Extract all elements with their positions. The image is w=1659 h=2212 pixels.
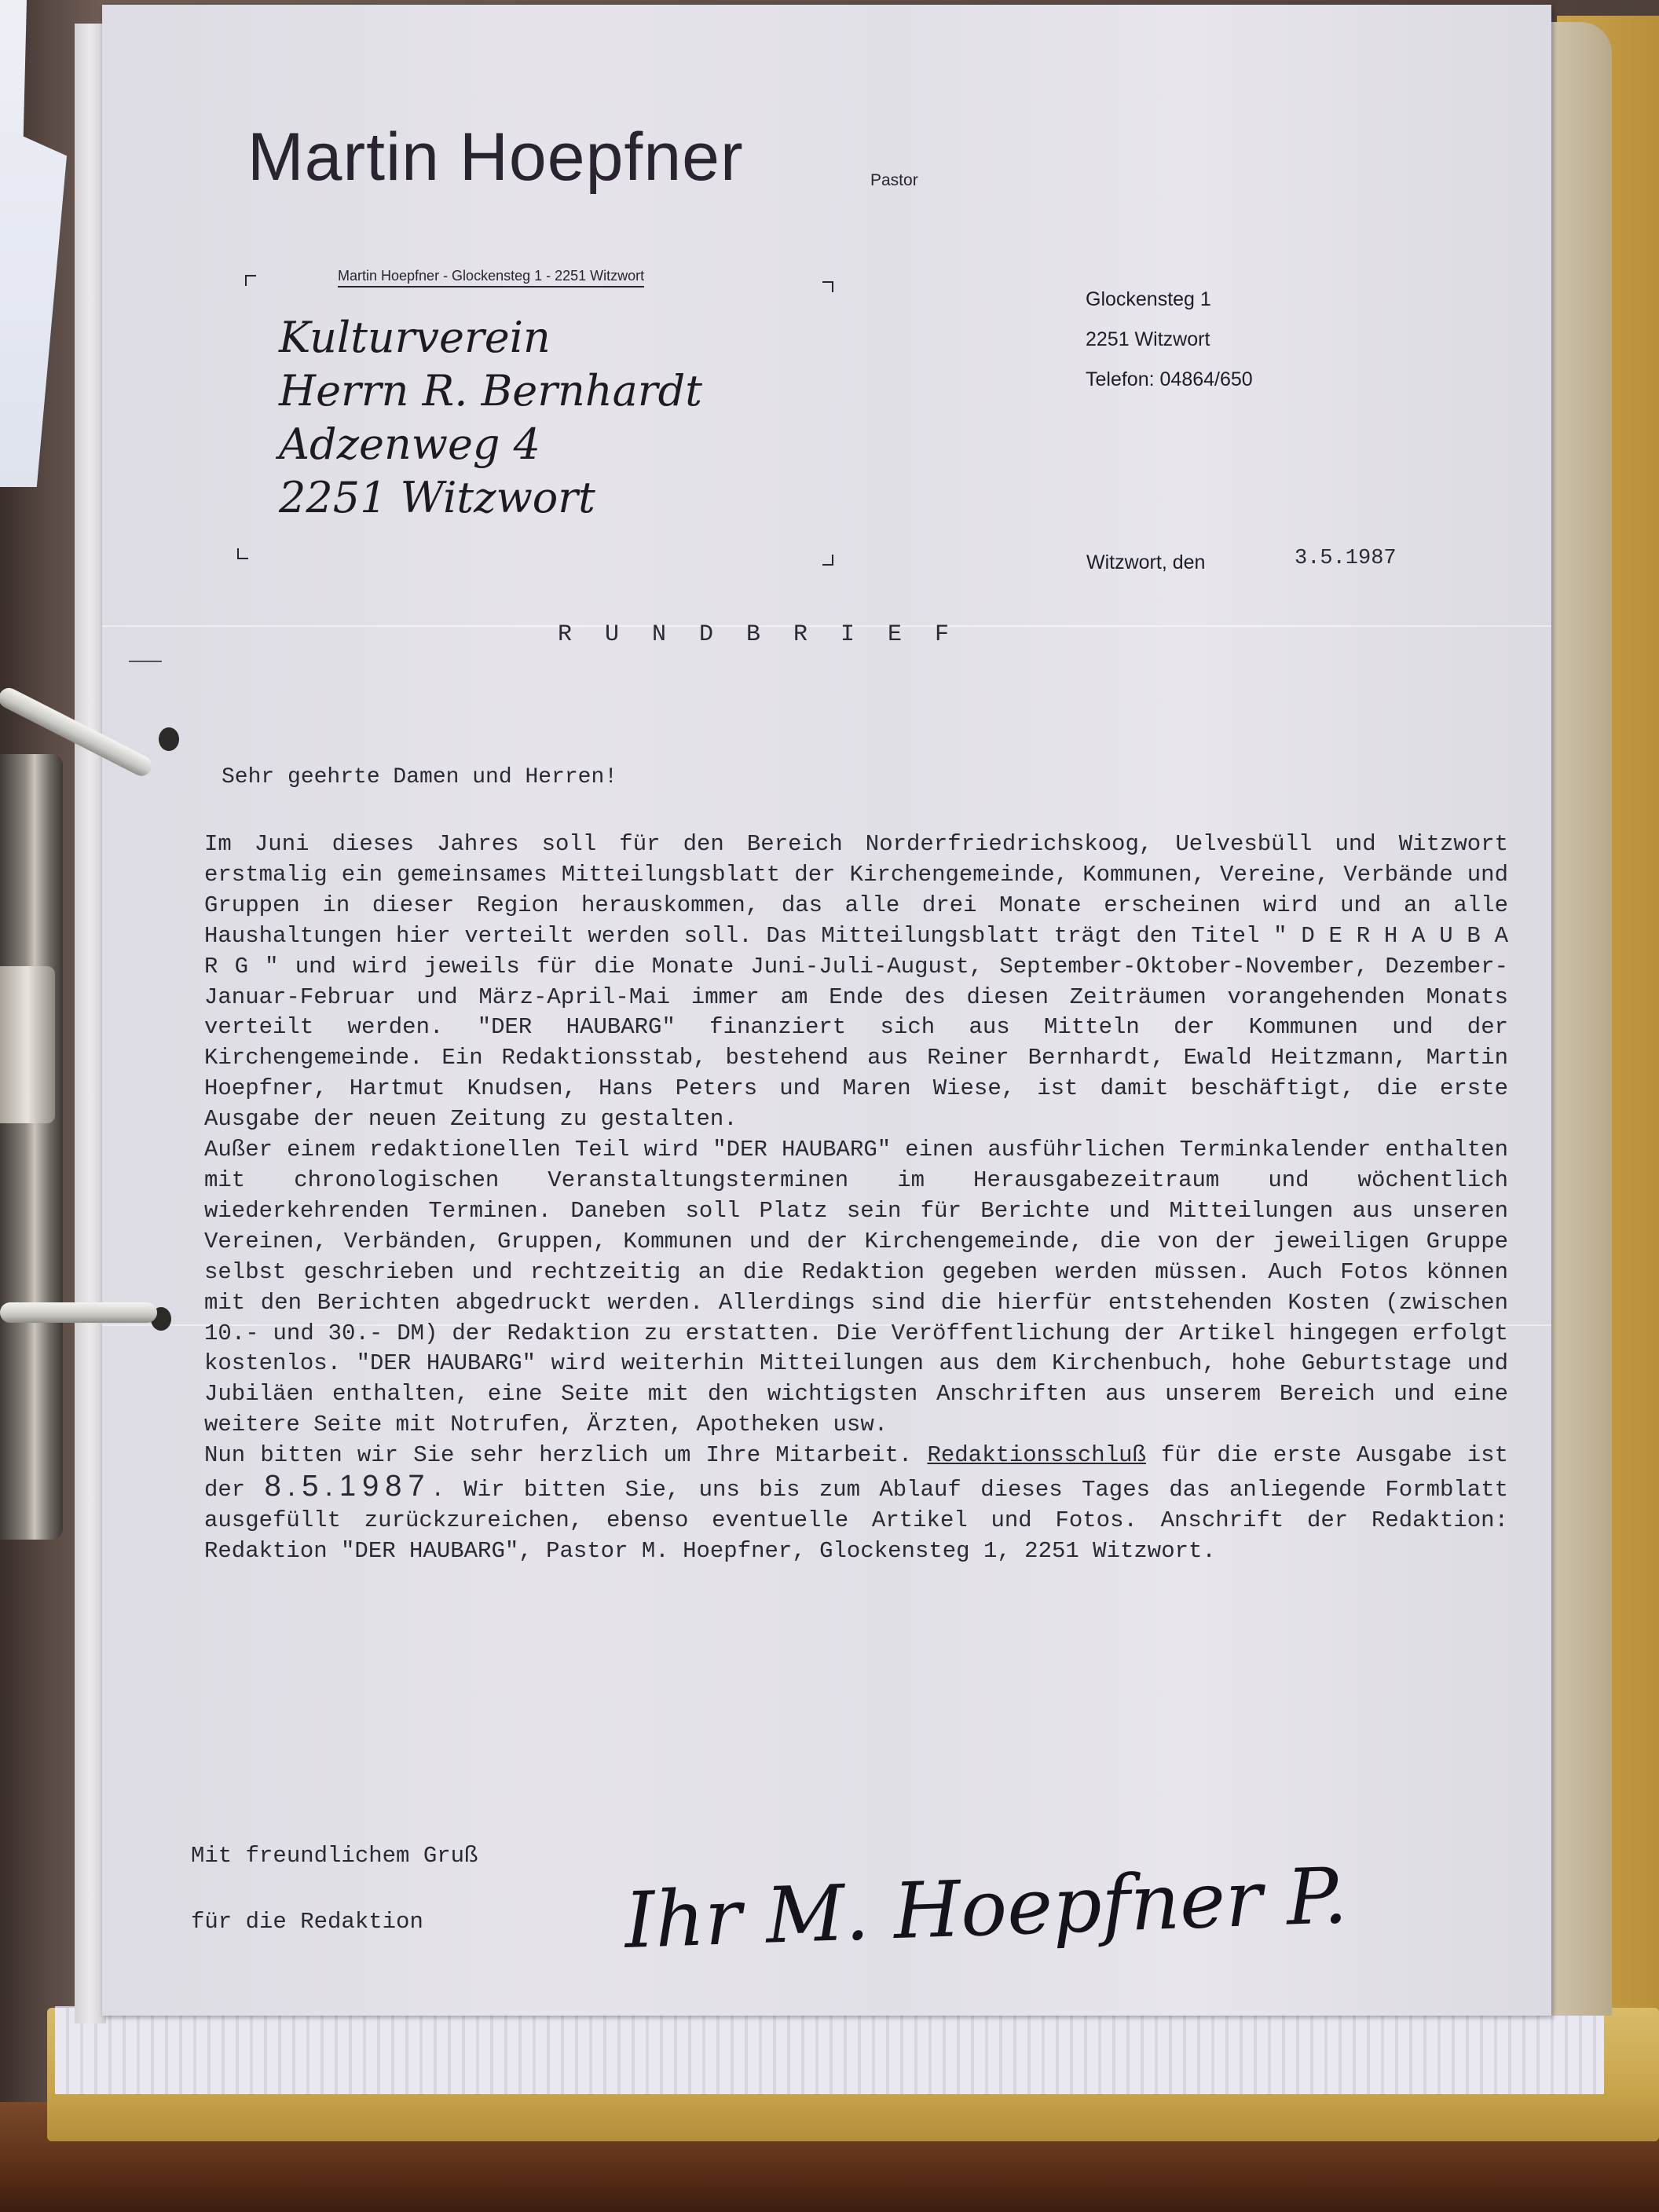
date-label: Witzwort, den: [1086, 551, 1205, 574]
document-title: RUNDBRIEF: [558, 621, 982, 648]
address-window-corner: [822, 555, 833, 566]
paper-stack-edge: [55, 2006, 1604, 2094]
greeting: Sehr geehrte Damen und Herren!: [222, 765, 617, 789]
paragraph: Nun bitten wir Sie sehr herzlich um Ihre…: [204, 1441, 1508, 1567]
return-address: Martin Hoepfner - Glockensteg 1 - 2251 W…: [338, 268, 644, 287]
loose-sheet: [0, 0, 67, 487]
letterhead-title: Pastor: [870, 171, 918, 190]
address-window-corner: [245, 275, 256, 286]
paper-stack-side: [75, 24, 106, 2023]
paragraph-text: Nun bitten wir Sie sehr herzlich um Ihre…: [204, 1442, 927, 1468]
letter-body: Im Juni dieses Jahres soll für den Berei…: [204, 829, 1508, 1567]
recipient-address: Kulturverein Herrn R. Bernhardt Adzenweg…: [279, 311, 702, 525]
punch-hole: [159, 727, 179, 751]
date-value: 3.5.1987: [1295, 547, 1397, 570]
recipient-line: Herrn R. Bernhardt: [279, 364, 702, 418]
closing-for: für die Redaktion: [191, 1909, 423, 1935]
paragraph: Außer einem redaktionellen Teil wird "DE…: [204, 1135, 1508, 1441]
address-window-corner: [822, 281, 833, 292]
deadline-date: 8.5.1987: [265, 1470, 431, 1503]
sender-phone: Telefon: 04864/650: [1086, 360, 1253, 400]
binder-mechanism: [0, 754, 63, 1540]
recipient-line: Kulturverein: [279, 311, 702, 364]
sender-street: Glockensteg 1: [1086, 280, 1253, 320]
binder-ring: [0, 1302, 157, 1323]
recipient-line: 2251 Witzwort: [279, 471, 702, 525]
fold-mark: [129, 661, 162, 662]
signature: Ihr M. Hoepfner P.: [624, 1858, 1349, 1960]
recipient-line: Adzenweg 4: [279, 418, 702, 471]
closing: Mit freundlichem Gruß: [191, 1843, 478, 1869]
address-window-corner: [237, 548, 248, 559]
sender-address: Glockensteg 1 2251 Witzwort Telefon: 048…: [1086, 280, 1253, 400]
back-sheet: [1549, 22, 1612, 2016]
paragraph: Im Juni dieses Jahres soll für den Berei…: [204, 829, 1508, 1135]
binder-lever[interactable]: [0, 966, 55, 1123]
letter-sheet: Martin Hoepfner Pastor Martin Hoepfner -…: [102, 5, 1551, 2016]
sender-city: 2251 Witzwort: [1086, 320, 1253, 360]
deadline-label: Redaktionsschluß: [927, 1442, 1145, 1468]
letterhead-name: Martin Hoepfner: [247, 119, 744, 196]
